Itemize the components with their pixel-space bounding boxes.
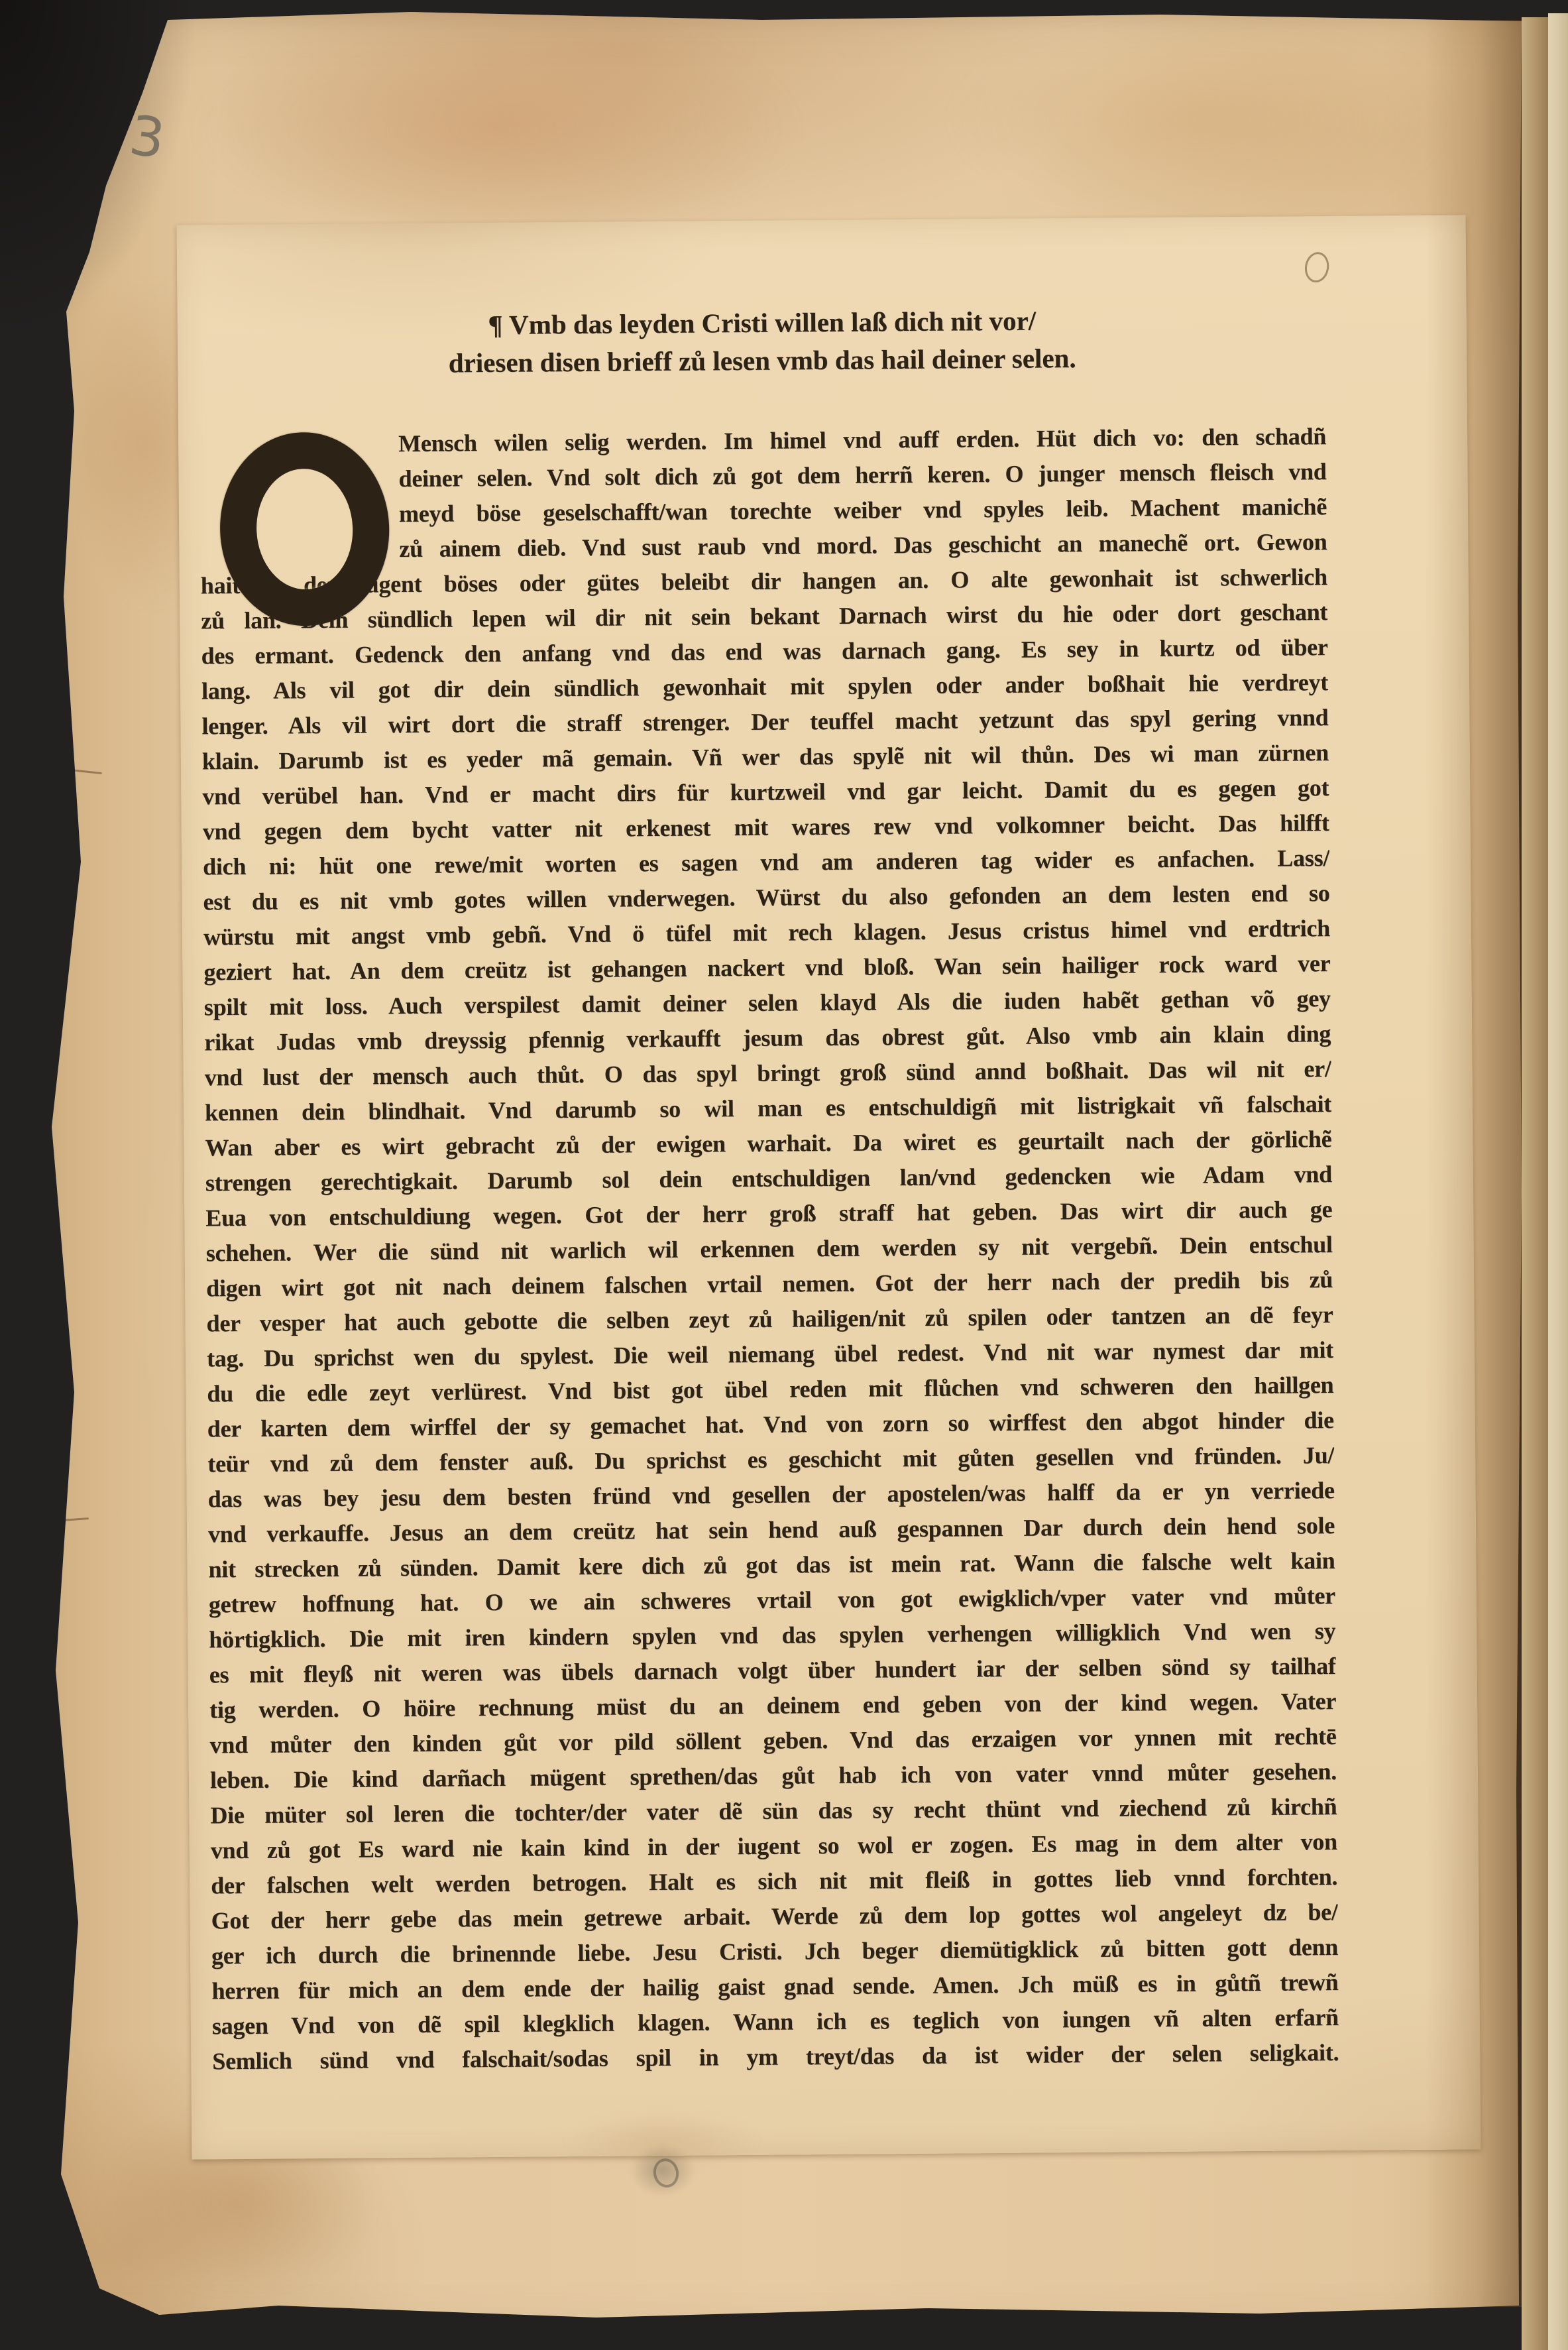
pasted-printed-leaf: O ¶ Vmb das leyden Cristi willen laß dic…	[177, 215, 1481, 2159]
paper-tear	[38, 766, 102, 774]
text-block: Mensch wilen selig werden. Im himel vnd …	[199, 419, 1339, 2079]
body-text: O Mensch wilen selig werden. Im himel vn…	[199, 419, 1339, 2079]
chapter-heading: ¶ Vmb das leyden Cristi willen laß dich …	[199, 300, 1326, 384]
ink-mark: O	[1303, 251, 1331, 284]
binding-crease	[1522, 17, 1548, 2350]
facing-page-edge	[1548, 13, 1568, 2350]
paper-stain	[948, 20, 1451, 219]
paper-tear	[34, 1517, 89, 1523]
paper-stain	[192, 7, 802, 232]
heading-line-2: driesen disen brieff zů lesen vmb das ha…	[199, 337, 1325, 384]
photo-background: 3 O ¶ Vmb das leyden Cristi willen laß d…	[0, 0, 1568, 2350]
